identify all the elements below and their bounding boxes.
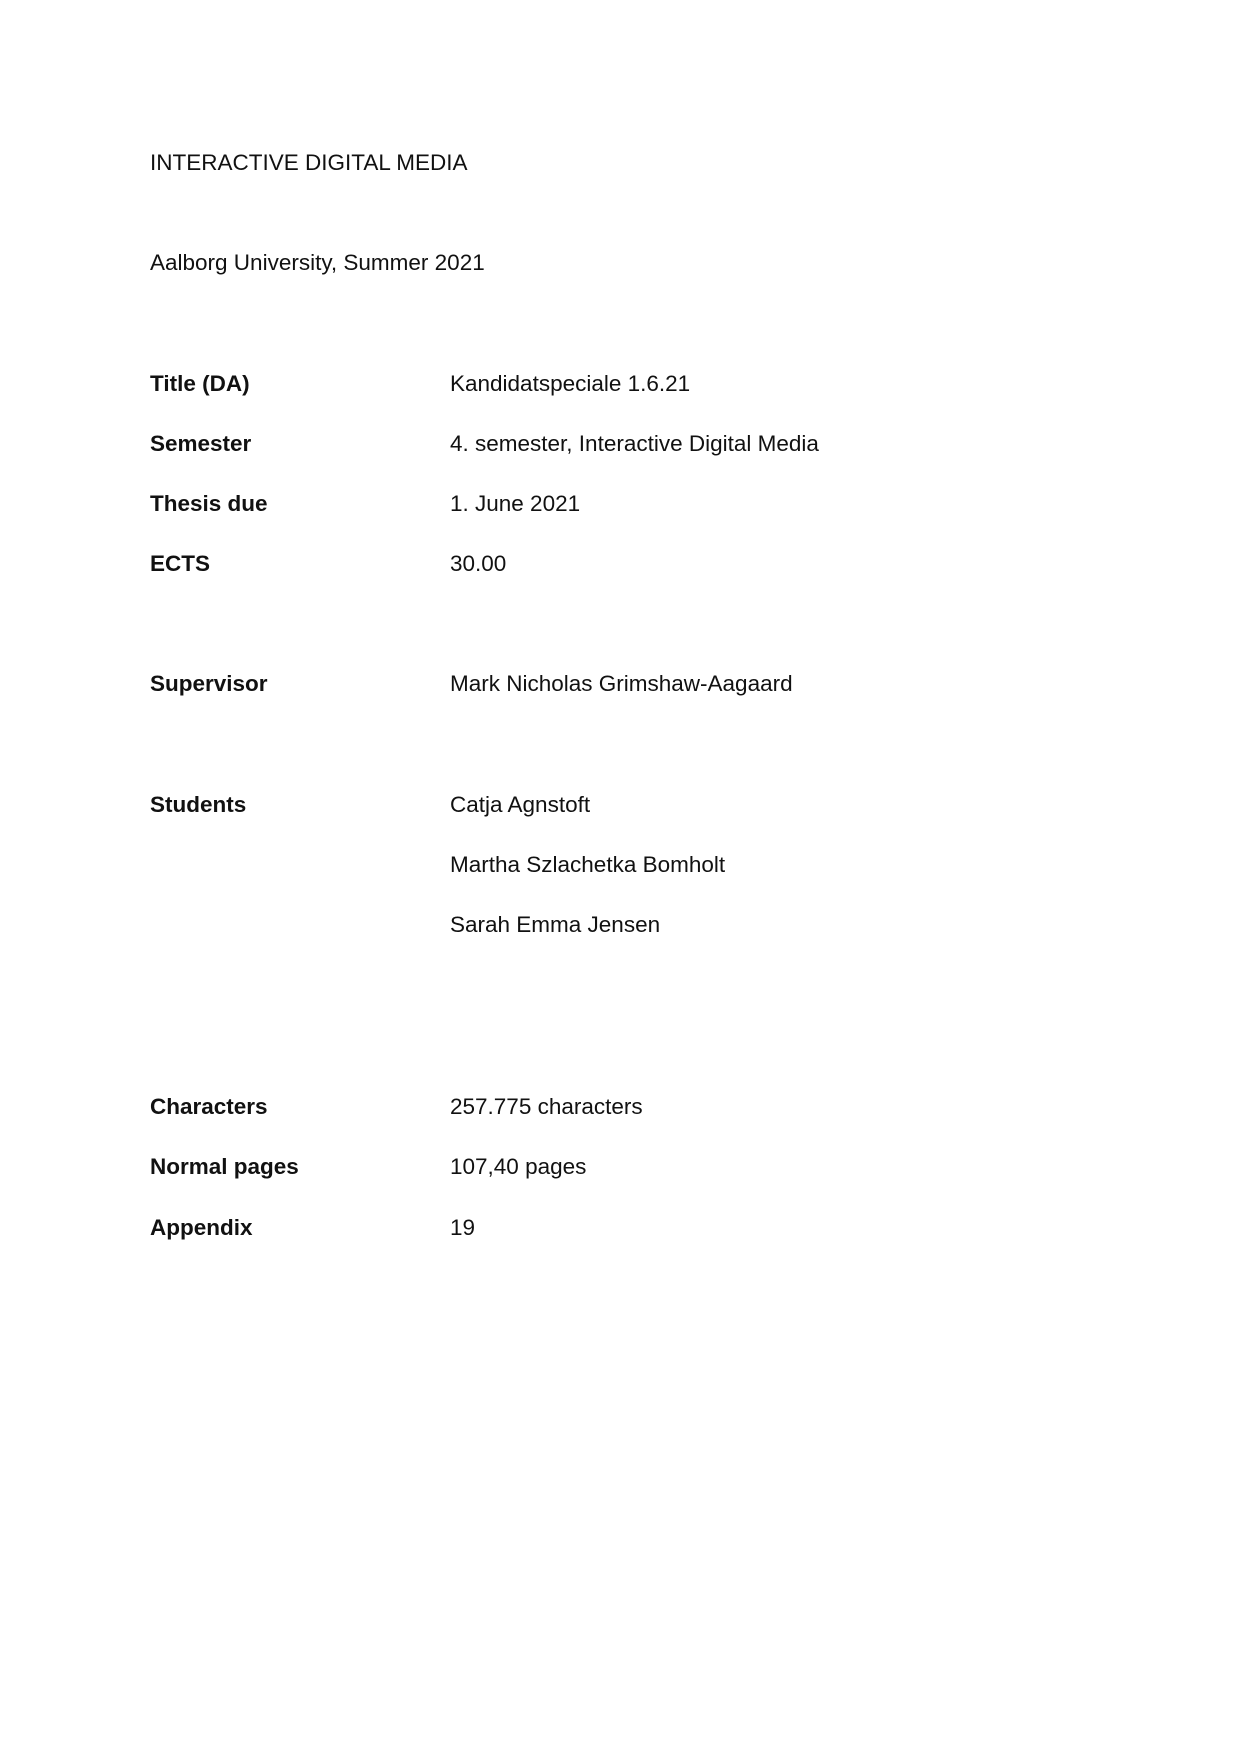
thesis-due-label: Thesis due [150,490,268,518]
program-title: INTERACTIVE DIGITAL MEDIA [150,149,468,177]
supervisor-value: Mark Nicholas Grimshaw-Aagaard [450,670,793,698]
appendix-value: 19 [450,1214,475,1242]
normal-pages-value: 107,40 pages [450,1153,586,1181]
supervisor-label: Supervisor [150,670,268,698]
student-name: Martha Szlachetka Bomholt [450,851,725,879]
document-page: INTERACTIVE DIGITAL MEDIA Aalborg Univer… [0,0,1242,1755]
characters-value: 257.775 characters [450,1093,643,1121]
appendix-label: Appendix [150,1214,253,1242]
student-name: Sarah Emma Jensen [450,911,660,939]
normal-pages-label: Normal pages [150,1153,299,1181]
ects-label: ECTS [150,550,210,578]
students-label: Students [150,791,246,819]
student-name: Catja Agnstoft [450,791,590,819]
characters-label: Characters [150,1093,268,1121]
ects-value: 30.00 [450,550,506,578]
semester-value: 4. semester, Interactive Digital Media [450,430,819,458]
title-value: Kandidatspeciale 1.6.21 [450,370,690,398]
thesis-due-value: 1. June 2021 [450,490,580,518]
institution-line: Aalborg University, Summer 2021 [150,249,485,277]
title-label: Title (DA) [150,370,250,398]
semester-label: Semester [150,430,251,458]
